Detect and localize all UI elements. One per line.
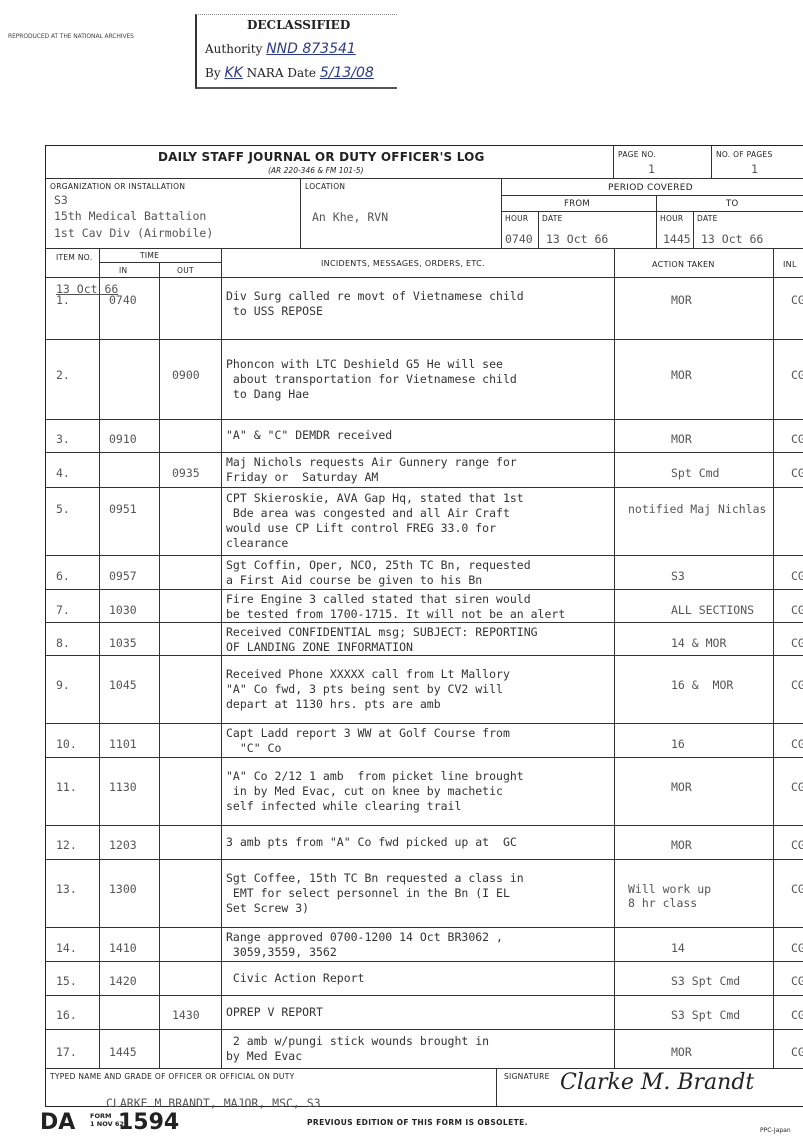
incident-text-line: CPT Skieroskie, AVA Gap Hq, stated that … bbox=[226, 491, 524, 505]
item-no: 15. bbox=[56, 974, 77, 988]
col-item-header: ITEM NO. bbox=[56, 253, 92, 262]
time-in: 1045 bbox=[109, 678, 137, 692]
time-in: 0957 bbox=[109, 569, 137, 583]
item-no: 9. bbox=[56, 678, 70, 692]
time-in: 0910 bbox=[109, 432, 137, 446]
time-in: 1300 bbox=[109, 882, 137, 896]
action-taken: MOR bbox=[671, 780, 692, 794]
item-no: 1. bbox=[56, 293, 70, 307]
incident-text-line: in by Med Evac, cut on knee by machetic bbox=[226, 784, 503, 798]
by-value: KK bbox=[224, 65, 242, 81]
incident-text-line: a First Aid course be given to his Bn bbox=[226, 573, 482, 587]
period-covered-label: PERIOD COVERED bbox=[608, 183, 693, 193]
time-in: 1410 bbox=[109, 941, 137, 955]
time-out: 1430 bbox=[172, 1008, 200, 1022]
table-row: 16.1430OPREP V REPORTS3 Spt CmdCG bbox=[46, 995, 803, 1030]
col-initials-header: INL bbox=[783, 260, 797, 269]
incident-text-line: Sgt Coffin, Oper, NCO, 25th TC Bn, reque… bbox=[226, 558, 531, 572]
table-row: 7.1030Fire Engine 3 called stated that s… bbox=[46, 589, 803, 623]
incident-text-line: Phoncon with LTC Deshield G5 He will see bbox=[226, 357, 503, 371]
from-hour: 0740 bbox=[505, 232, 533, 246]
action-taken: 16 bbox=[671, 737, 685, 751]
initials: CG bbox=[791, 974, 803, 988]
time-in: 1445 bbox=[109, 1045, 137, 1059]
incident-text-line: "C" Co bbox=[226, 741, 281, 755]
table-row: 5.0951CPT Skieroskie, AVA Gap Hq, stated… bbox=[46, 487, 803, 556]
incident-text-line: about transportation for Vietnamese chil… bbox=[226, 372, 517, 386]
action-taken: MOR bbox=[671, 838, 692, 852]
item-no: 13. bbox=[56, 882, 77, 896]
previous-edition-note: PREVIOUS EDITION OF THIS FORM IS OBSOLET… bbox=[307, 1118, 528, 1127]
initials: CG bbox=[791, 636, 803, 650]
action-taken: Will work up 8 hr class bbox=[628, 882, 711, 910]
time-in: 1420 bbox=[109, 974, 137, 988]
initials: CG bbox=[791, 603, 803, 617]
table-row: 2.0900Phoncon with LTC Deshield G5 He wi… bbox=[46, 339, 803, 420]
table-row: 11.1130"A" Co 2/12 1 amb from picket lin… bbox=[46, 757, 803, 826]
to-label: TO bbox=[726, 199, 738, 209]
col-out-header: OUT bbox=[177, 266, 194, 275]
item-no: 10. bbox=[56, 737, 77, 751]
time-in: 1101 bbox=[109, 737, 137, 751]
table-row: 3.0910"A" & "C" DEMDR receivedMORCG bbox=[46, 419, 803, 453]
initials: CG bbox=[791, 1045, 803, 1059]
page-no-label: PAGE NO. bbox=[618, 150, 656, 159]
table-row: 4.0935Maj Nichols requests Air Gunnery r… bbox=[46, 452, 803, 488]
organization-label: ORGANIZATION OR INSTALLATION bbox=[50, 182, 185, 191]
incident-text-line: Civic Action Report bbox=[226, 971, 364, 985]
nara-date: 5/13/08 bbox=[320, 65, 374, 81]
incident-text-line: "A" & "C" DEMDR received bbox=[226, 428, 392, 442]
time-in: 1030 bbox=[109, 603, 137, 617]
incident-text-line: depart at 1130 hrs. pts are amb bbox=[226, 697, 441, 711]
incident-text-line: OF LANDING ZONE INFORMATION bbox=[226, 640, 413, 654]
to-hour-label: HOUR bbox=[660, 214, 683, 223]
officer-label: TYPED NAME AND GRADE OF OFFICER OR OFFIC… bbox=[50, 1072, 295, 1081]
incident-text-line: clearance bbox=[226, 536, 288, 550]
initials: CG bbox=[791, 432, 803, 446]
table-row: 8.1035Received CONFIDENTIAL msg; SUBJECT… bbox=[46, 622, 803, 656]
authority-value: NND 873541 bbox=[266, 41, 356, 57]
stamp-authority: Authority NND 873541 bbox=[205, 41, 356, 57]
initials: CG bbox=[791, 882, 803, 896]
time-in: 1203 bbox=[109, 838, 137, 852]
table-row: 13.1300Sgt Coffee, 15th TC Bn requested … bbox=[46, 859, 803, 928]
item-no: 3. bbox=[56, 432, 70, 446]
incident-text-line: Received Phone XXXXX call from Lt Mallor… bbox=[226, 667, 510, 681]
item-no: 17. bbox=[56, 1045, 77, 1059]
initials: CG bbox=[791, 838, 803, 852]
item-no: 11. bbox=[56, 780, 77, 794]
action-taken: 14 bbox=[671, 941, 685, 955]
location-label: LOCATION bbox=[305, 182, 345, 191]
item-no: 2. bbox=[56, 368, 70, 382]
organization-line-2: 15th Medical Battalion bbox=[54, 209, 206, 223]
item-no: 8. bbox=[56, 636, 70, 650]
incident-text-line: Received CONFIDENTIAL msg; SUBJECT: REPO… bbox=[226, 625, 538, 639]
page-no: 1 bbox=[648, 162, 655, 176]
form-title: DAILY STAFF JOURNAL OR DUTY OFFICER'S LO… bbox=[158, 150, 485, 164]
initials: CG bbox=[791, 780, 803, 794]
incident-text-line: Div Surg called re movt of Vietnamese ch… bbox=[226, 289, 524, 303]
incident-text-line: by Med Evac bbox=[226, 1049, 302, 1063]
declassified-stamp: DECLASSIFIED Authority NND 873541 By KK … bbox=[195, 14, 397, 89]
form-subtitle: (AR 220-346 & FM 101-5) bbox=[268, 166, 364, 175]
from-date-label: DATE bbox=[542, 214, 563, 223]
incident-text-line: Range approved 0700-1200 14 Oct BR3062 , bbox=[226, 930, 503, 944]
action-taken: notified Maj Nichlas bbox=[628, 502, 766, 516]
action-taken: S3 Spt Cmd bbox=[671, 1008, 740, 1022]
time-in: 1130 bbox=[109, 780, 137, 794]
no-of-pages-label: NO. OF PAGES bbox=[716, 150, 773, 159]
incident-text-line: Capt Ladd report 3 WW at Golf Course fro… bbox=[226, 726, 510, 740]
incident-text-line: to USS REPOSE bbox=[226, 304, 323, 318]
item-no: 16. bbox=[56, 1008, 77, 1022]
location-value: An Khe, RVN bbox=[312, 210, 388, 224]
table-row: 10.1101Capt Ladd report 3 WW at Golf Cou… bbox=[46, 723, 803, 758]
no-of-pages: 1 bbox=[751, 162, 758, 176]
incident-text-line: 2 amb w/pungi stick wounds brought in bbox=[226, 1034, 489, 1048]
incident-text-line: OPREP V REPORT bbox=[226, 1005, 323, 1019]
to-hour: 1445 bbox=[663, 232, 691, 246]
incident-text-line: to Dang Hae bbox=[226, 387, 309, 401]
table-row: 12.12033 amb pts from "A" Co fwd picked … bbox=[46, 825, 803, 860]
action-taken: Spt Cmd bbox=[671, 466, 719, 480]
incident-text-line: 3 amb pts from "A" Co fwd picked up at G… bbox=[226, 835, 517, 849]
incident-text-line: Maj Nichols requests Air Gunnery range f… bbox=[226, 455, 517, 469]
form-number: 1594 bbox=[118, 1110, 179, 1135]
table-row: 15.1420 Civic Action ReportS3 Spt CmdCG bbox=[46, 961, 803, 996]
action-taken: S3 Spt Cmd bbox=[671, 974, 740, 988]
incident-text-line: would use CP Lift control FREG 33.0 for bbox=[226, 521, 496, 535]
initials: CG bbox=[791, 466, 803, 480]
time-out: 0935 bbox=[172, 466, 200, 480]
initials: CG bbox=[791, 941, 803, 955]
stamp-title: DECLASSIFIED bbox=[247, 18, 350, 32]
col-time-header: TIME bbox=[140, 251, 159, 260]
action-taken: MOR bbox=[671, 368, 692, 382]
item-no: 12. bbox=[56, 838, 77, 852]
action-taken: 14 & MOR bbox=[671, 636, 726, 650]
item-no: 7. bbox=[56, 603, 70, 617]
to-date-label: DATE bbox=[697, 214, 718, 223]
initials: CG bbox=[791, 1008, 803, 1022]
time-in: 0951 bbox=[109, 502, 137, 516]
officer-signature: Clarke M. Brandt bbox=[560, 1070, 754, 1095]
col-incidents-header: INCIDENTS, MESSAGES, ORDERS, ETC. bbox=[321, 259, 485, 268]
from-label: FROM bbox=[564, 199, 590, 209]
action-taken: ALL SECTIONS bbox=[671, 603, 754, 617]
initials: CG bbox=[791, 569, 803, 583]
time-out: 0900 bbox=[172, 368, 200, 382]
incident-text-line: 3059,3559, 3562 bbox=[226, 945, 337, 959]
incident-text-line: Friday or Saturday AM bbox=[226, 470, 378, 484]
table-row: 14.1410Range approved 0700-1200 14 Oct B… bbox=[46, 927, 803, 962]
table-row: 1.0740Div Surg called re movt of Vietnam… bbox=[46, 277, 803, 340]
table-row: 17.1445 2 amb w/pungi stick wounds broug… bbox=[46, 1029, 803, 1069]
incident-text-line: be tested from 1700-1715. It will not be… bbox=[226, 607, 565, 621]
incident-text-line: "A" Co fwd, 3 pts being sent by CV2 will bbox=[226, 682, 503, 696]
time-in: 0740 bbox=[109, 293, 137, 307]
col-action-header: ACTION TAKEN bbox=[652, 260, 715, 269]
from-hour-label: HOUR bbox=[505, 214, 528, 223]
time-in: 1035 bbox=[109, 636, 137, 650]
incident-text-line: EMT for select personnel in the Bn (I EL bbox=[226, 886, 510, 900]
incident-text-line: self infected while clearing trail bbox=[226, 799, 461, 813]
item-no: 5. bbox=[56, 502, 70, 516]
initials: CG bbox=[791, 368, 803, 382]
item-no: 14. bbox=[56, 941, 77, 955]
action-taken: 16 & MOR bbox=[671, 678, 733, 692]
action-taken: MOR bbox=[671, 1045, 692, 1059]
incident-text-line: Sgt Coffee, 15th TC Bn requested a class… bbox=[226, 871, 524, 885]
to-date: 13 Oct 66 bbox=[701, 232, 763, 246]
archive-note: REPRODUCED AT THE NATIONAL ARCHIVES bbox=[8, 33, 134, 40]
action-taken: MOR bbox=[671, 293, 692, 307]
action-taken: MOR bbox=[671, 432, 692, 446]
signature-label: SIGNATURE bbox=[504, 1072, 550, 1081]
initials: CG bbox=[791, 678, 803, 692]
officer-name: CLARKE M BRANDT, MAJOR, MSC, S3 bbox=[106, 1096, 321, 1110]
initials: CG bbox=[791, 737, 803, 751]
organization-line-3: 1st Cav Div (Airmobile) bbox=[54, 226, 213, 240]
action-taken: S3 bbox=[671, 569, 685, 583]
item-no: 4. bbox=[56, 466, 70, 480]
organization-line-1: S3 bbox=[54, 193, 68, 207]
staff-journal-form: DAILY STAFF JOURNAL OR DUTY OFFICER'S LO… bbox=[45, 145, 803, 1107]
initials: CG bbox=[791, 293, 803, 307]
printer-mark: PPC-Japan bbox=[760, 1127, 791, 1134]
stamp-by: By KK NARA Date 5/13/08 bbox=[205, 65, 374, 81]
incident-text-line: Set Screw 3) bbox=[226, 901, 309, 915]
table-row: 9.1045Received Phone XXXXX call from Lt … bbox=[46, 655, 803, 724]
form-da: DA bbox=[40, 1110, 75, 1135]
incident-text-line: "A" Co 2/12 1 amb from picket line broug… bbox=[226, 769, 524, 783]
table-row: 6.0957Sgt Coffin, Oper, NCO, 25th TC Bn,… bbox=[46, 555, 803, 590]
incident-text-line: Fire Engine 3 called stated that siren w… bbox=[226, 592, 531, 606]
col-in-header: IN bbox=[119, 266, 127, 275]
item-no: 6. bbox=[56, 569, 70, 583]
from-date: 13 Oct 66 bbox=[546, 232, 608, 246]
incident-text-line: Bde area was congested and all Air Craft bbox=[226, 506, 510, 520]
